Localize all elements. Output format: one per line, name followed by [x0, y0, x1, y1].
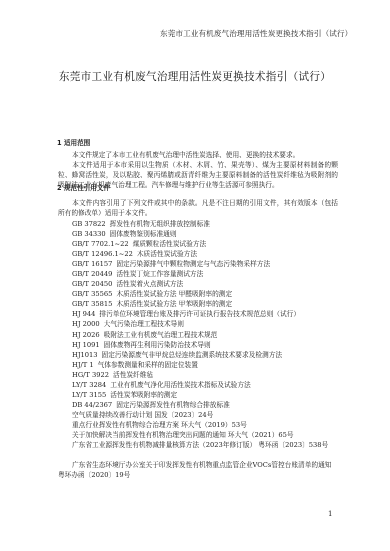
reference-title: 固定污染源挥发性有机物综合排放标准: [116, 401, 230, 409]
reference-item: GB/T 20449活性炭丁烷工作容量测试方法: [72, 269, 328, 279]
reference-title: 活性炭纤维毡: [113, 371, 153, 379]
reference-item: GB/T 7702.1~22煤质颗粒活性炭试验方法: [72, 239, 328, 249]
reference-item: 广东省工业源挥发性有机物减排量核算方法（2023年修订版） 粤环函〔2023〕5…: [72, 440, 328, 450]
references-intro-paragraph: 本文件内容引用了下列文件或其中的条款。凡是不注日期的引用文件，其有效版本（包括所…: [58, 198, 338, 218]
reference-title: 空气质量持续改善行动计划 国发〔2023〕24号: [72, 411, 213, 419]
reference-title: 工业有机废气净化用活性炭技术指标及试验方法: [110, 381, 250, 389]
reference-item: DB 44/2367固定污染源挥发性有机物综合排放标准: [72, 400, 328, 410]
reference-list: GB 37822挥发性有机物无组织排放控制标准GB 34330固体废物鉴别标准通…: [72, 219, 328, 450]
reference-title: 重点行业挥发性有机物综合治理方案 环大气（2019）53号: [72, 421, 247, 429]
reference-code: LY/T 3284: [72, 381, 106, 389]
reference-item: HJ 2026吸附法工业有机废气治理工程技术规范: [72, 330, 328, 340]
reference-title: 活性炭苯吸附率的测定: [110, 391, 177, 399]
page-number: 1: [328, 510, 332, 518]
scope-paragraph-1-text: 本文件规定了本市工业有机废气治理中活性炭选择、使用、更换的技术要求。: [72, 151, 299, 159]
reference-code: GB/T 20449: [72, 270, 112, 278]
reference-code: GB/T 35565: [72, 290, 112, 298]
reference-code: GB/T 20450: [72, 280, 112, 288]
running-header: 东莞市工业有机废气治理用活性炭更换技术指引（试行）: [160, 28, 352, 39]
reference-code: GB 34330: [72, 230, 106, 238]
reference-item: 空气质量持续改善行动计划 国发〔2023〕24号: [72, 410, 328, 420]
reference-item: GB 37822挥发性有机物无组织排放控制标准: [72, 219, 328, 229]
reference-title: 木质活性炭试验方法: [137, 250, 197, 258]
reference-title: 气体参数测量和采样的固定位装置: [98, 361, 198, 369]
reference-title: 固体废物鉴别标准通则: [110, 230, 177, 238]
reference-wrapped-text: 广东省生态环境厅办公室关于印发挥发性有机物重点监管企业VOCs管控台账清单的通知…: [58, 461, 332, 479]
reference-title: 木质活性炭试验方法 甲苯吸附率的测定: [116, 300, 232, 308]
reference-code: HG/T 3922: [72, 371, 109, 379]
reference-title: 固定污染源排气中颗粒物测定与气态污染物采样方法: [116, 260, 270, 268]
reference-item: GB/T 16157固定污染源排气中颗粒物测定与气态污染物采样方法: [72, 259, 328, 269]
reference-item: LY/T 3284工业有机废气净化用活性炭技术指标及试验方法: [72, 380, 328, 390]
section-heading-references: 2 规范性引用文件: [57, 182, 110, 192]
reference-code: DB 44/2367: [72, 401, 112, 409]
reference-code: GB/T 16157: [72, 260, 112, 268]
reference-title: 排污单位环境管理台账及排污许可证执行报告技术规范总则（试行）: [99, 310, 300, 318]
reference-title: 木质活性炭试验方法 甲醛吸附率的测定: [116, 290, 232, 298]
scope-paragraph-1: 本文件规定了本市工业有机废气治理中活性炭选择、使用、更换的技术要求。: [58, 150, 338, 160]
reference-code: HJ1013: [72, 351, 98, 359]
reference-code: HJ 944: [72, 310, 95, 318]
reference-code: HJ 2000: [72, 320, 100, 328]
reference-code: GB 37822: [72, 220, 106, 228]
reference-title: 吸附法工业有机废气治理工程技术规范: [104, 331, 218, 339]
reference-item: HJ 2000大气污染治理工程技术导则: [72, 319, 328, 329]
reference-title: 固体废物再生利用污染防治技术导则: [104, 341, 211, 349]
reference-code: GB/T 12496.1~22: [72, 250, 133, 258]
reference-item: GB/T 12496.1~22木质活性炭试验方法: [72, 249, 328, 259]
reference-title: 广东省工业源挥发性有机物减排量核算方法（2023年修订版） 粤环函〔2023〕5…: [72, 441, 328, 449]
reference-code: LY/T 3155: [72, 391, 106, 399]
document-title: 东莞市工业有机废气治理用活性炭更换技术指引（试行）: [0, 69, 390, 84]
reference-item: HJ/T 1气体参数测量和采样的固定位装置: [72, 360, 328, 370]
reference-code: HJ 2026: [72, 331, 100, 339]
reference-title: 活性炭丁烷工作容量测试方法: [116, 270, 203, 278]
reference-item: HJ1013固定污染源废气非甲烷总烃连续监测系统技术要求及检测方法: [72, 350, 328, 360]
reference-item: GB/T 20450活性炭着火点测试方法: [72, 279, 328, 289]
reference-item-wrapped: 广东省生态环境厅办公室关于印发挥发性有机物重点监管企业VOCs管控台账清单的通知…: [58, 460, 334, 481]
reference-code: HJ/T 1: [72, 361, 94, 369]
section-heading-scope: 1 适用范围: [57, 137, 90, 147]
reference-title: 关于加快解决当前挥发性有机物治理突出问题的通知 环大气（2021）65号: [72, 431, 294, 439]
reference-item: HJ 944排污单位环境管理台账及排污许可证执行报告技术规范总则（试行）: [72, 309, 328, 319]
reference-code: GB/T 35815: [72, 300, 112, 308]
reference-item: 关于加快解决当前挥发性有机物治理突出问题的通知 环大气（2021）65号: [72, 430, 328, 440]
reference-item: GB/T 35815木质活性炭试验方法 甲苯吸附率的测定: [72, 299, 328, 309]
reference-item: HG/T 3922活性炭纤维毡: [72, 370, 328, 380]
reference-code: GB/T 7702.1~22: [72, 240, 129, 248]
reference-item: LY/T 3155活性炭苯吸附率的测定: [72, 390, 328, 400]
references-intro-text: 本文件内容引用了下列文件或其中的条款。凡是不注日期的引用文件，其有效版本（包括所…: [58, 199, 338, 217]
reference-item: GB 34330固体废物鉴别标准通则: [72, 229, 328, 239]
reference-code: HJ 1091: [72, 341, 100, 349]
reference-title: 活性炭着火点测试方法: [116, 280, 183, 288]
reference-title: 固定污染源废气非甲烷总烃连续监测系统技术要求及检测方法: [102, 351, 283, 359]
reference-item: HJ 1091固体废物再生利用污染防治技术导则: [72, 340, 328, 350]
reference-title: 挥发性有机物无组织排放控制标准: [110, 220, 210, 228]
reference-title: 煤质颗粒活性炭试验方法: [133, 240, 207, 248]
reference-item: 重点行业挥发性有机物综合治理方案 环大气（2019）53号: [72, 420, 328, 430]
reference-item: GB/T 35565木质活性炭试验方法 甲醛吸附率的测定: [72, 289, 328, 299]
reference-title: 大气污染治理工程技术导则: [104, 320, 184, 328]
